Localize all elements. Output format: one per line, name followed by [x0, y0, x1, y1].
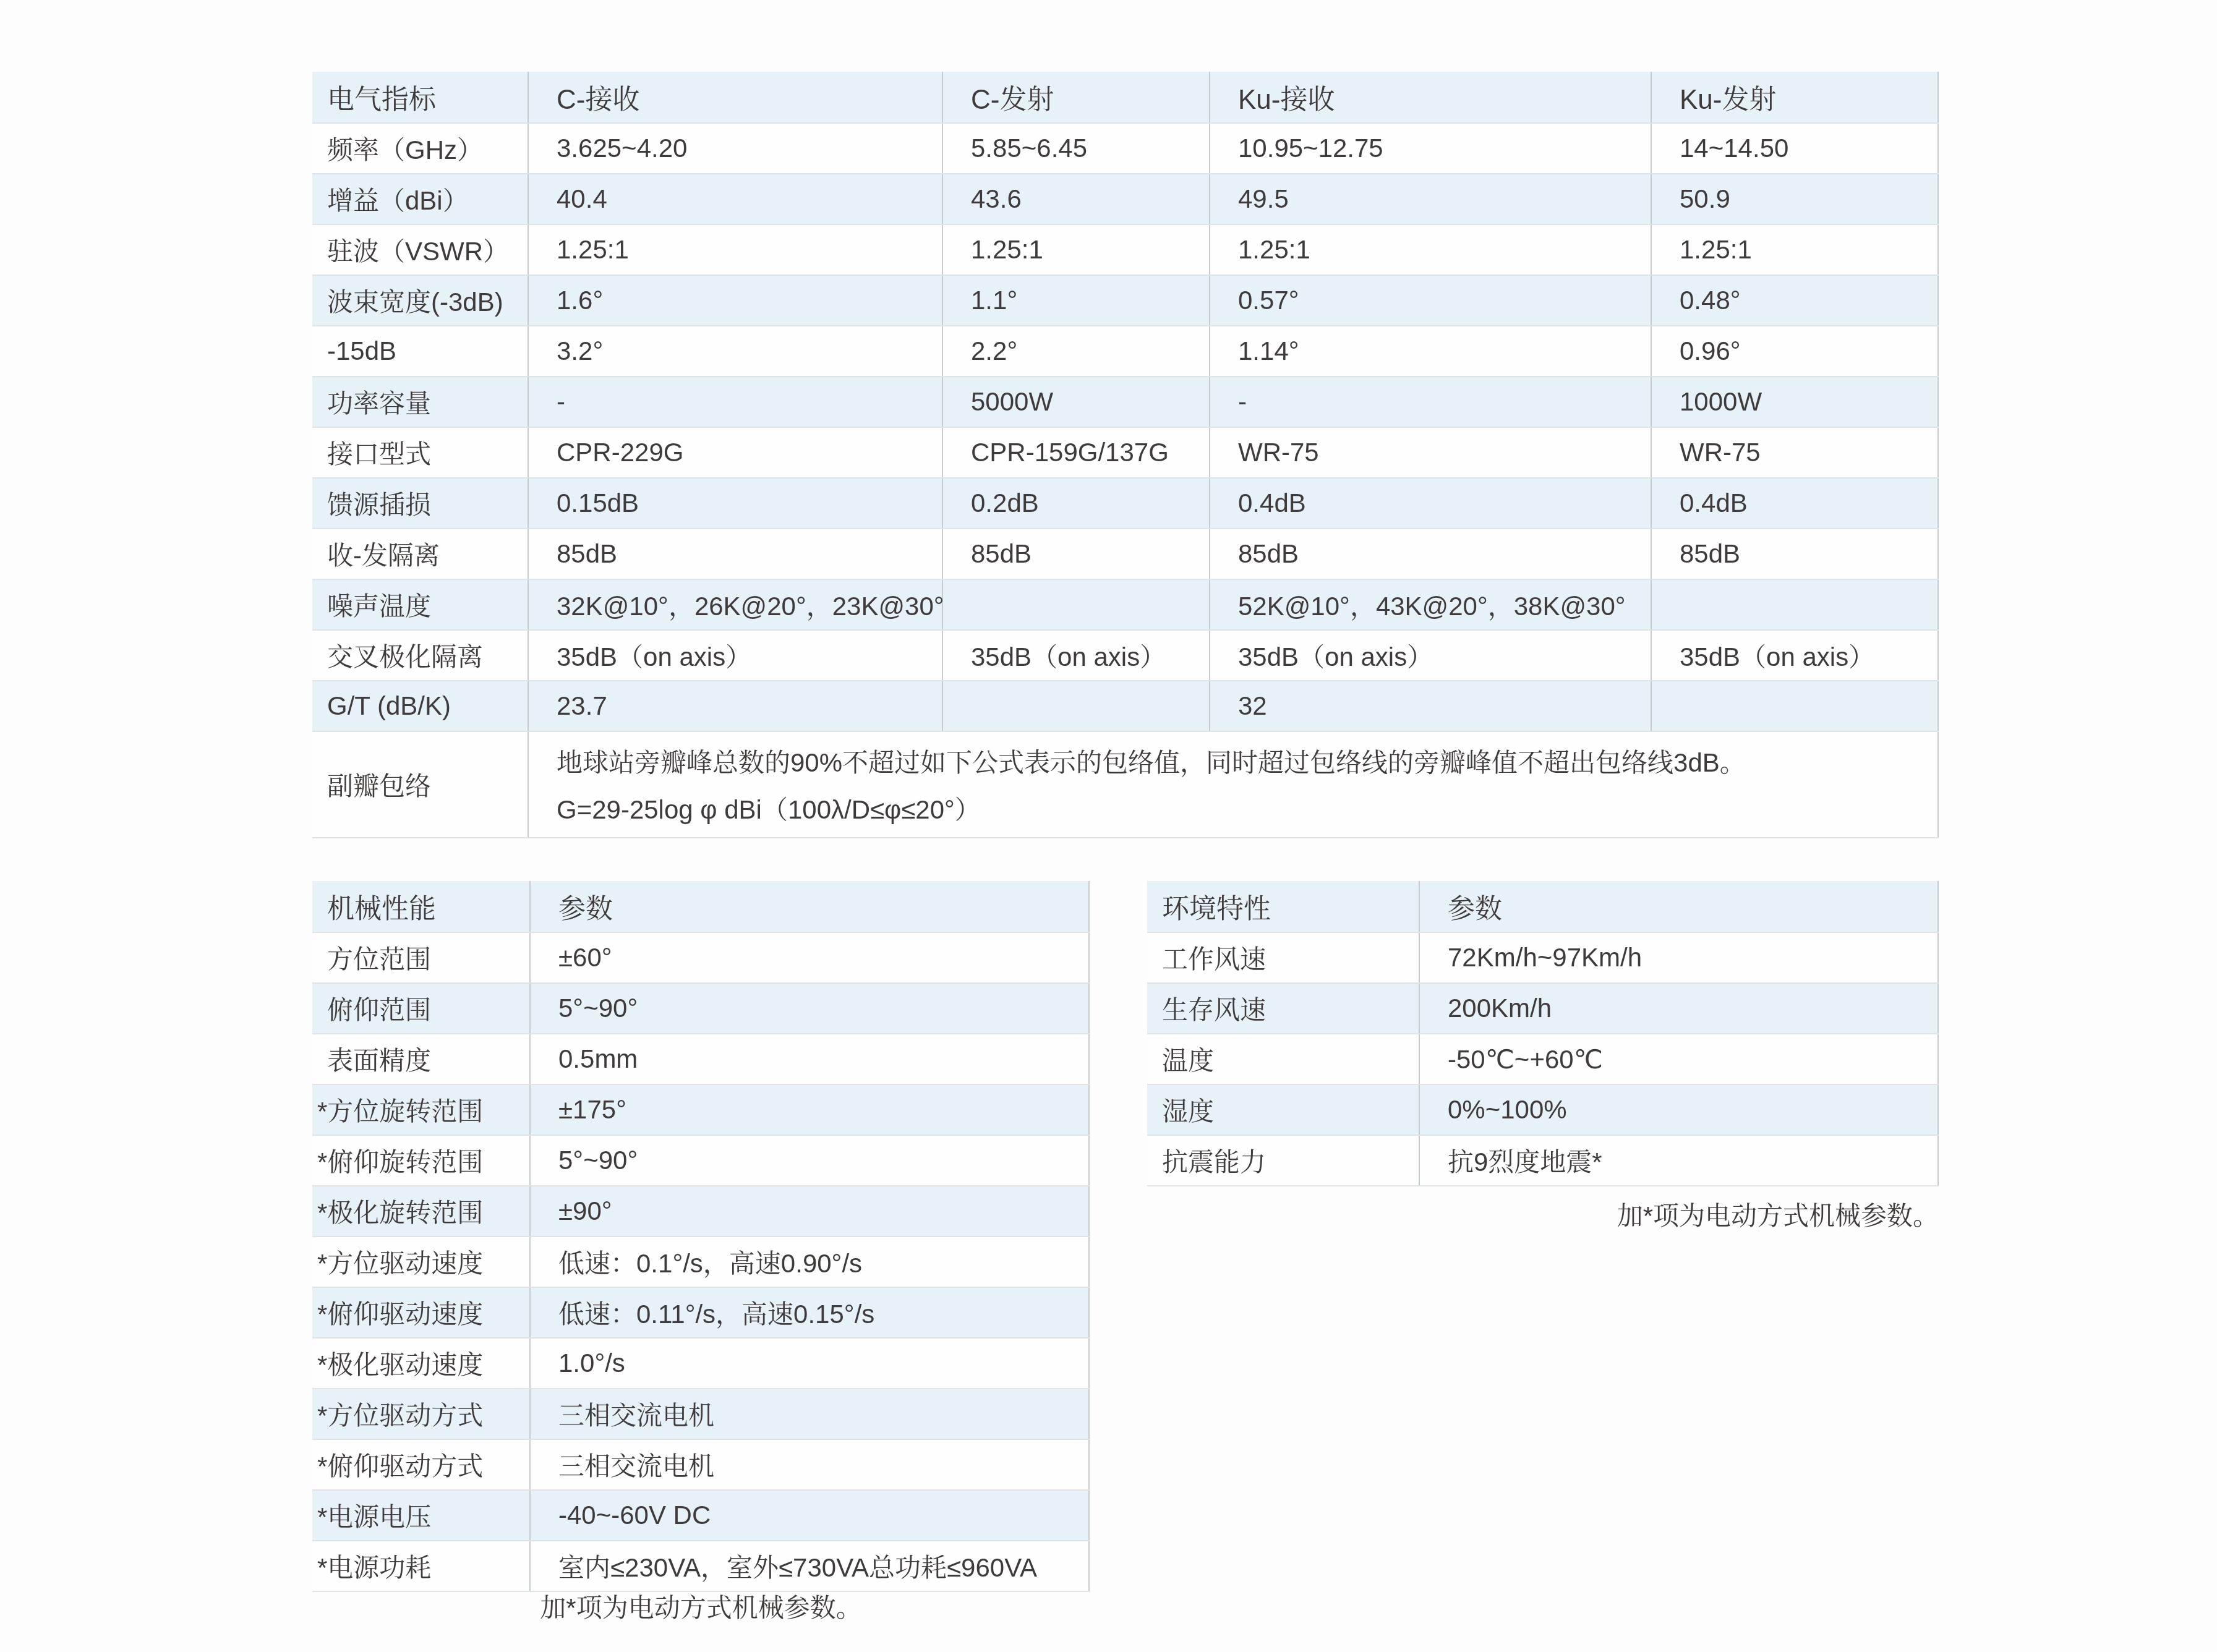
row-label-cell: 温度 — [1147, 1034, 1420, 1084]
row-label-cell: 俯仰范围 — [312, 984, 531, 1033]
row-label-cell: *极化旋转范围 — [312, 1186, 531, 1236]
value-cell: 49.5 — [1210, 174, 1652, 224]
table-row: 温度 -50℃~+60℃ — [1147, 1034, 1939, 1085]
table-row: 抗震能力 抗9烈度地震* — [1147, 1136, 1939, 1186]
table-row: *俯仰驱动方式 三相交流电机 — [312, 1440, 1090, 1491]
value-cell: 35dB（on axis） — [943, 631, 1210, 680]
value-cell: 室内≤230VA，室外≤730VA总功耗≤960VA — [531, 1541, 1090, 1591]
column-header-cell: 环境特性 — [1147, 881, 1420, 932]
sidelobe-envelope-line1: 地球站旁瓣峰总数的90%不超过如下公式表示的包络值，同时超过包络线的旁瓣峰值不超… — [557, 743, 1746, 780]
value-cell: 35dB（on axis） — [529, 631, 943, 680]
value-cell: 0.57° — [1210, 276, 1652, 325]
environment-table-footnote: 加*项为电动方式机械参数。 — [1147, 1196, 1939, 1233]
value-cell: ±60° — [531, 933, 1090, 982]
value-cell: ±175° — [531, 1085, 1090, 1135]
electrical-header-row: 电气指标 C-接收 C-发射 Ku-接收 Ku-发射 — [312, 72, 1939, 124]
table-row: 噪声温度 32K@10°，26K@20°，23K@30° 52K@10°，43K… — [312, 580, 1939, 631]
value-cell: 1.25:1 — [943, 225, 1210, 275]
row-label-cell: 副瓣包络 — [312, 732, 529, 837]
table-row: 馈源插损 0.15dB 0.2dB 0.4dB 0.4dB — [312, 479, 1939, 529]
row-label-cell: 工作风速 — [1147, 933, 1420, 982]
row-label-cell: 噪声温度 — [312, 580, 529, 629]
row-label-cell: 波束宽度(-3dB) — [312, 276, 529, 325]
table-row: *极化驱动速度 1.0°/s — [312, 1339, 1090, 1389]
value-cell: 0.15dB — [529, 479, 943, 528]
sidelobe-envelope-row: 副瓣包络 地球站旁瓣峰总数的90%不超过如下公式表示的包络值，同时超过包络线的旁… — [312, 732, 1939, 838]
value-cell: 0.4dB — [1210, 479, 1652, 528]
table-row: *方位旋转范围 ±175° — [312, 1085, 1090, 1136]
environment-spec-table: 环境特性 参数 工作风速 72Km/h~97Km/h 生存风速 200Km/h … — [1147, 881, 1939, 1186]
value-cell: 52K@10°，43K@20°，38K@30° — [1210, 580, 1652, 629]
table-row: 生存风速 200Km/h — [1147, 984, 1939, 1034]
row-label-cell: 交叉极化隔离 — [312, 631, 529, 680]
table-row: *方位驱动速度 低速：0.1°/s，高速0.90°/s — [312, 1237, 1090, 1288]
value-cell: 5°~90° — [531, 984, 1090, 1033]
value-cell: 35dB（on axis） — [1652, 631, 1939, 680]
row-label-cell: 抗震能力 — [1147, 1136, 1420, 1185]
value-cell: 40.4 — [529, 174, 943, 224]
table-row: 表面精度 0.5mm — [312, 1034, 1090, 1085]
row-label-cell: *俯仰旋转范围 — [312, 1136, 531, 1185]
value-cell: 0.4dB — [1652, 479, 1939, 528]
value-cell — [943, 681, 1210, 731]
table-row: -15dB 3.2° 2.2° 1.14° 0.96° — [312, 326, 1939, 377]
value-cell: 1.25:1 — [1652, 225, 1939, 275]
row-label-cell: 馈源插损 — [312, 479, 529, 528]
column-header-cell: 电气指标 — [312, 72, 529, 122]
value-cell: 0.96° — [1652, 326, 1939, 376]
table-row: 波束宽度(-3dB) 1.6° 1.1° 0.57° 0.48° — [312, 276, 1939, 326]
value-cell: 2.2° — [943, 326, 1210, 376]
value-cell: 0.5mm — [531, 1034, 1090, 1084]
table-row: *电源电压 -40~-60V DC — [312, 1491, 1090, 1541]
value-cell: 5.85~6.45 — [943, 124, 1210, 173]
value-cell: 5000W — [943, 377, 1210, 427]
column-header-cell: C-发射 — [943, 72, 1210, 122]
value-cell: 50.9 — [1652, 174, 1939, 224]
value-cell: 23.7 — [529, 681, 943, 731]
table-row: *极化旋转范围 ±90° — [312, 1186, 1090, 1237]
table-row: 功率容量 - 5000W - 1000W — [312, 377, 1939, 428]
table-row: 收-发隔离 85dB 85dB 85dB 85dB — [312, 529, 1939, 580]
value-cell: WR-75 — [1210, 428, 1652, 477]
table-row: 俯仰范围 5°~90° — [312, 984, 1090, 1034]
row-label-cell: *方位旋转范围 — [312, 1085, 531, 1135]
value-cell: 1.25:1 — [529, 225, 943, 275]
table-row: 驻波（VSWR） 1.25:1 1.25:1 1.25:1 1.25:1 — [312, 225, 1939, 276]
sidelobe-envelope-formula: G=29-25log φ dBi（100λ/D≤φ≤20°） — [557, 790, 981, 827]
row-label-cell: *电源功耗 — [312, 1541, 531, 1591]
value-cell: - — [529, 377, 943, 427]
table-row: 湿度 0%~100% — [1147, 1085, 1939, 1136]
value-cell: 85dB — [1652, 529, 1939, 579]
value-cell: 三相交流电机 — [531, 1440, 1090, 1489]
value-cell: WR-75 — [1652, 428, 1939, 477]
mechanical-header-row: 机械性能 参数 — [312, 881, 1090, 933]
value-cell: 85dB — [1210, 529, 1652, 579]
row-label-cell: 增益（dBi） — [312, 174, 529, 224]
value-cell — [1652, 681, 1939, 731]
value-cell: 1.25:1 — [1210, 225, 1652, 275]
table-row: 增益（dBi） 40.4 43.6 49.5 50.9 — [312, 174, 1939, 225]
column-header-cell: Ku-接收 — [1210, 72, 1652, 122]
row-label-cell: 频率（GHz） — [312, 124, 529, 173]
row-label-cell: 接口型式 — [312, 428, 529, 477]
row-label-cell: *方位驱动方式 — [312, 1389, 531, 1439]
value-cell: ±90° — [531, 1186, 1090, 1236]
row-label-cell: 方位范围 — [312, 933, 531, 982]
value-cell: 14~14.50 — [1652, 124, 1939, 173]
row-label-cell: 驻波（VSWR） — [312, 225, 529, 275]
column-header-cell: 机械性能 — [312, 881, 531, 932]
value-cell: 1.14° — [1210, 326, 1652, 376]
value-cell: 5°~90° — [531, 1136, 1090, 1185]
environment-header-row: 环境特性 参数 — [1147, 881, 1939, 933]
value-cell: 0%~100% — [1420, 1085, 1939, 1135]
value-cell: 三相交流电机 — [531, 1389, 1090, 1439]
value-cell: 0.48° — [1652, 276, 1939, 325]
value-cell: 85dB — [529, 529, 943, 579]
row-label-cell: *极化驱动速度 — [312, 1339, 531, 1388]
value-cell: 72Km/h~97Km/h — [1420, 933, 1939, 982]
value-cell — [1652, 580, 1939, 629]
value-cell: 43.6 — [943, 174, 1210, 224]
sidelobe-envelope-text: 地球站旁瓣峰总数的90%不超过如下公式表示的包络值，同时超过包络线的旁瓣峰值不超… — [529, 732, 1939, 837]
value-cell: - — [1210, 377, 1652, 427]
row-label-cell: *俯仰驱动速度 — [312, 1288, 531, 1337]
mechanical-table-footnote: 加*项为电动方式机械参数。 — [312, 1588, 1090, 1625]
table-row: 方位范围 ±60° — [312, 933, 1090, 984]
column-header-cell: C-接收 — [529, 72, 943, 122]
table-row: 交叉极化隔离 35dB（on axis） 35dB（on axis） 35dB（… — [312, 631, 1939, 681]
row-label-cell: 生存风速 — [1147, 984, 1420, 1033]
row-label-cell: *俯仰驱动方式 — [312, 1440, 531, 1489]
table-row: 频率（GHz） 3.625~4.20 5.85~6.45 10.95~12.75… — [312, 124, 1939, 174]
row-label-cell: G/T (dB/K) — [312, 681, 529, 731]
column-header-cell: 参数 — [1420, 881, 1939, 932]
value-cell: 1000W — [1652, 377, 1939, 427]
row-label-cell: 表面精度 — [312, 1034, 531, 1084]
column-header-cell: 参数 — [531, 881, 1090, 932]
column-header-cell: Ku-发射 — [1652, 72, 1939, 122]
value-cell: 抗9烈度地震* — [1420, 1136, 1939, 1185]
value-cell: 32 — [1210, 681, 1652, 731]
mechanical-spec-table: 机械性能 参数 方位范围 ±60° 俯仰范围 5°~90° 表面精度 0.5mm… — [312, 881, 1090, 1592]
table-row: *俯仰驱动速度 低速：0.11°/s，高速0.15°/s — [312, 1288, 1090, 1339]
table-row: *俯仰旋转范围 5°~90° — [312, 1136, 1090, 1186]
table-row: 接口型式 CPR-229G CPR-159G/137G WR-75 WR-75 — [312, 428, 1939, 479]
value-cell: 1.0°/s — [531, 1339, 1090, 1388]
value-cell: 35dB（on axis） — [1210, 631, 1652, 680]
value-cell: CPR-159G/137G — [943, 428, 1210, 477]
value-cell: 10.95~12.75 — [1210, 124, 1652, 173]
row-label-cell: *电源电压 — [312, 1491, 531, 1540]
row-label-cell: 收-发隔离 — [312, 529, 529, 579]
row-label-cell: 湿度 — [1147, 1085, 1420, 1135]
value-cell: 低速：0.11°/s，高速0.15°/s — [531, 1288, 1090, 1337]
value-cell: 3.625~4.20 — [529, 124, 943, 173]
electrical-spec-table: 电气指标 C-接收 C-发射 Ku-接收 Ku-发射 频率（GHz） 3.625… — [312, 72, 1939, 838]
value-cell: 1.6° — [529, 276, 943, 325]
row-label-cell: *方位驱动速度 — [312, 1237, 531, 1287]
value-cell: -40~-60V DC — [531, 1491, 1090, 1540]
table-row: 工作风速 72Km/h~97Km/h — [1147, 933, 1939, 984]
value-cell: CPR-229G — [529, 428, 943, 477]
value-cell: 85dB — [943, 529, 1210, 579]
row-label-cell: 功率容量 — [312, 377, 529, 427]
value-cell: 低速：0.1°/s，高速0.90°/s — [531, 1237, 1090, 1287]
value-cell — [943, 580, 1210, 629]
table-row: *电源功耗 室内≤230VA，室外≤730VA总功耗≤960VA — [312, 1541, 1090, 1592]
value-cell: 0.2dB — [943, 479, 1210, 528]
value-cell: 1.1° — [943, 276, 1210, 325]
table-row: *方位驱动方式 三相交流电机 — [312, 1389, 1090, 1440]
row-label-cell: -15dB — [312, 326, 529, 376]
value-cell: -50℃~+60℃ — [1420, 1034, 1939, 1084]
table-row: G/T (dB/K) 23.7 32 — [312, 681, 1939, 732]
value-cell: 32K@10°，26K@20°，23K@30° — [529, 580, 943, 629]
value-cell: 3.2° — [529, 326, 943, 376]
value-cell: 200Km/h — [1420, 984, 1939, 1033]
